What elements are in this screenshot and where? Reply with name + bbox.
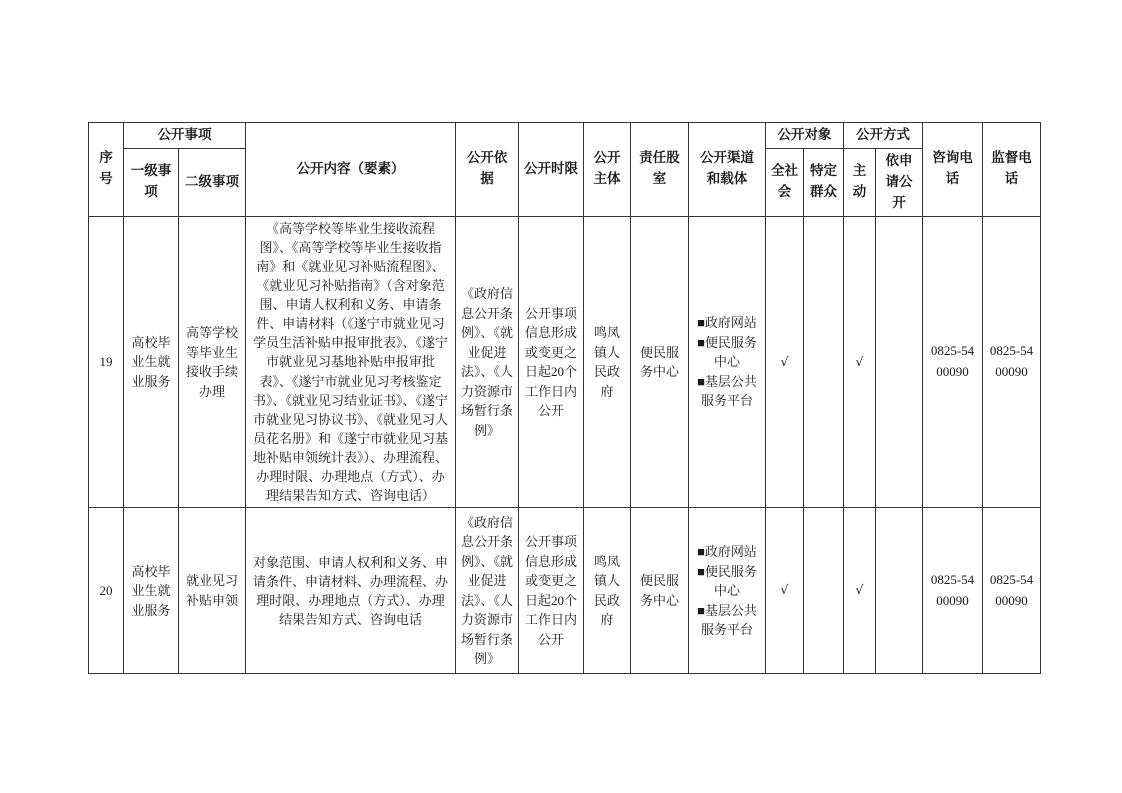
channel-item: ■便民服务中心 [694,562,760,601]
header-serial-number: 序号 [89,123,124,217]
cell-upon-request-checkmark [876,216,923,508]
cell-channels-carriers: ■政府网站 ■便民服务中心 ■基层公共服务平台 [689,508,766,674]
document-page: 序号 公开事项 公开内容（要素） 公开依据 公开时限 公开主体 责任股室 公开渠… [0,0,1122,793]
header-channels-carriers: 公开渠道和载体 [689,123,766,217]
channel-item: ■便民服务中心 [694,333,760,372]
cell-whole-society-checkmark: √ [766,216,804,508]
channel-item: ■基层公共服务平台 [694,372,760,411]
channel-label: 便民服务中心 [705,335,757,370]
cell-disclosure-content: 对象范围、申请人权利和义务、申请条件、申请材料、办理流程、办理时限、办理地点（方… [246,508,456,674]
header-disclosure-time-limit: 公开时限 [519,123,584,217]
cell-supervision-phone: 0825-5400090 [983,216,1041,508]
header-disclosure-subject: 公开主体 [584,123,631,217]
channel-item: ■政府网站 [694,313,760,333]
channel-item: ■政府网站 [694,542,760,562]
table-row: 20 高校毕业生就业服务 就业见习补贴申领 对象范围、申请人权利和义务、申请条件… [89,508,1041,674]
cell-serial-number: 20 [89,508,124,674]
cell-supervision-phone: 0825-5400090 [983,508,1041,674]
cell-responsible-office: 便民服务中心 [631,216,689,508]
channel-label: 便民服务中心 [705,564,757,599]
channel-label: 政府网站 [705,315,757,330]
cell-proactive-checkmark: √ [844,216,876,508]
cell-consultation-phone: 0825-5400090 [923,216,983,508]
header-disclosure-content: 公开内容（要素） [246,123,456,217]
filled-square-bullet-icon: ■ [697,603,705,618]
header-whole-society: 全社会 [766,148,804,216]
cell-serial-number: 19 [89,216,124,508]
cell-level2-item: 就业见习补贴申领 [179,508,246,674]
header-level2-item: 二级事项 [179,148,246,216]
channel-label: 基层公共服务平台 [701,374,757,409]
table-row: 19 高校毕业生就业服务 高等学校等毕业生接收手续办理 《高等学校等毕业生接收流… [89,216,1041,508]
cell-disclosure-basis: 《政府信息公开条例》、《就业促进法》、《人力资源市场暂行条例》 [456,508,519,674]
header-group-disclosure-method: 公开方式 [844,123,923,149]
channel-label: 政府网站 [705,544,757,559]
cell-disclosure-content: 《高等学校等毕业生接收流程图》、《高等学校等毕业生接收指南》和《就业见习补贴流程… [246,216,456,508]
header-consultation-phone: 咨询电话 [923,123,983,217]
cell-responsible-office: 便民服务中心 [631,508,689,674]
header-level1-item: 一级事项 [124,148,179,216]
cell-whole-society-checkmark: √ [766,508,804,674]
cell-proactive-checkmark: √ [844,508,876,674]
channel-item: ■基层公共服务平台 [694,601,760,640]
header-proactive: 主动 [844,148,876,216]
header-group-disclosure-item: 公开事项 [124,123,246,149]
header-disclosure-basis: 公开依据 [456,123,519,217]
cell-disclosure-subject: 鸣凤镇人民政府 [584,216,631,508]
filled-square-bullet-icon: ■ [697,544,705,559]
cell-disclosure-subject: 鸣凤镇人民政府 [584,508,631,674]
cell-consultation-phone: 0825-5400090 [923,508,983,674]
cell-specific-groups-checkmark [804,508,844,674]
filled-square-bullet-icon: ■ [697,315,705,330]
header-group-disclosure-target: 公开对象 [766,123,844,149]
filled-square-bullet-icon: ■ [697,335,705,350]
header-responsible-office: 责任股室 [631,123,689,217]
cell-upon-request-checkmark [876,508,923,674]
channel-label: 基层公共服务平台 [701,603,757,638]
cell-disclosure-time-limit: 公开事项信息形成或变更之日起20个工作日内公开 [519,216,584,508]
cell-level2-item: 高等学校等毕业生接收手续办理 [179,216,246,508]
cell-level1-item: 高校毕业生就业服务 [124,508,179,674]
cell-level1-item: 高校毕业生就业服务 [124,216,179,508]
header-specific-groups: 特定群众 [804,148,844,216]
cell-channels-carriers: ■政府网站 ■便民服务中心 ■基层公共服务平台 [689,216,766,508]
filled-square-bullet-icon: ■ [697,374,705,389]
cell-specific-groups-checkmark [804,216,844,508]
cell-disclosure-time-limit: 公开事项信息形成或变更之日起20个工作日内公开 [519,508,584,674]
cell-disclosure-basis: 《政府信息公开条例》、《就业促进法》、《人力资源市场暂行条例》 [456,216,519,508]
header-upon-request: 依申请公开 [876,148,923,216]
filled-square-bullet-icon: ■ [697,564,705,579]
header-supervision-phone: 监督电话 [983,123,1041,217]
disclosure-items-table: 序号 公开事项 公开内容（要素） 公开依据 公开时限 公开主体 责任股室 公开渠… [88,122,1041,674]
